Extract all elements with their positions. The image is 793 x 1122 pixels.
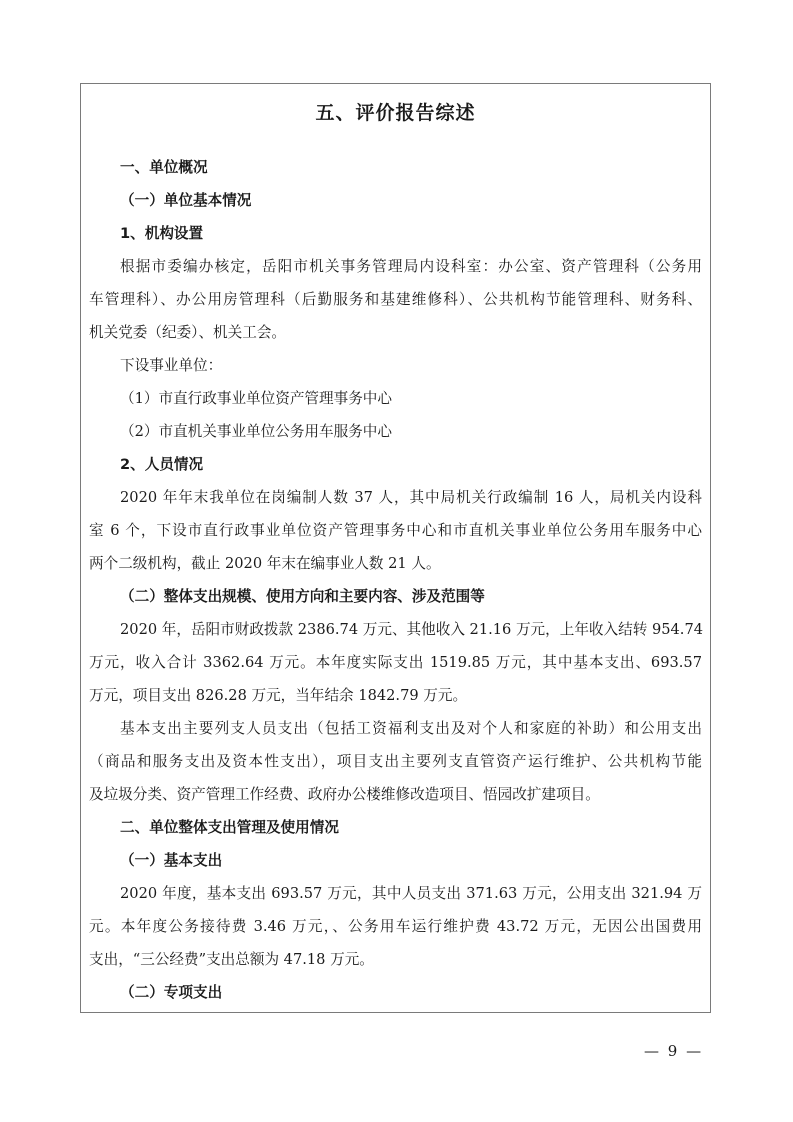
paragraph-line: 下设事业单位：: [120, 356, 702, 376]
paragraph-line: 及垃圾分类、资产管理工作经费、政府办公楼维修改造项目、悟园改扩建项目。: [89, 785, 702, 805]
report-frame: 五、评价报告综述 一、单位概况 （一）单位基本情况 1、机构设置 根据市委编办核…: [80, 83, 711, 1013]
paragraph-line: 车管理科）、办公用房管理科（后勤服务和基建维修科）、公共机构节能管理科、财务科、: [89, 290, 702, 310]
paragraph-line: 室 6 个，下设市直行政事业单位资产管理事务中心和市直机关事业单位公务用车服务中…: [89, 521, 702, 541]
paragraph-line: 基本支出主要列支人员支出（包括工资福利支出及对个人和家庭的补助）和公用支出: [120, 719, 702, 739]
heading-basic-spending: （一）基本支出: [120, 851, 702, 871]
paragraph-line: 万元，收入合计 3362.64 万元。本年度实际支出 1519.85 万元，其中…: [89, 653, 702, 673]
paragraph-line: 2020 年年末我单位在岗编制人数 37 人，其中局机关行政编制 16 人，局机…: [120, 488, 702, 508]
paragraph-line: 2020 年度，基本支出 693.57 万元，其中人员支出 371.63 万元，…: [120, 884, 702, 904]
heading-staff: 2、人员情况: [120, 455, 702, 475]
page-number: — 9 —: [644, 1042, 703, 1060]
heading-overall-spending: （二）整体支出规模、使用方向和主要内容、涉及范围等: [120, 587, 702, 607]
heading-org-setup: 1、机构设置: [120, 224, 702, 244]
paragraph-line: 两个二级机构，截止 2020 年末在编事业人数 21 人。: [89, 554, 702, 574]
heading-special-spending: （二）专项支出: [120, 983, 702, 1003]
paragraph-line: 机关党委（纪委）、机关工会。: [89, 323, 702, 343]
heading-unit-overview: 一、单位概况: [120, 158, 702, 178]
list-item: （1）市直行政事业单位资产管理事务中心: [120, 389, 702, 409]
paragraph-line: 万元，项目支出 826.28 万元，当年结余 1842.79 万元。: [89, 686, 702, 706]
paragraph-line: （商品和服务支出及资本性支出），项目支出主要列支直管资产运行维护、公共机构节能: [89, 752, 702, 772]
heading-spending-management: 二、单位整体支出管理及使用情况: [120, 818, 702, 838]
paragraph-line: 根据市委编办核定，岳阳市机关事务管理局内设科室：办公室、资产管理科（公务用: [120, 257, 702, 277]
section-title: 五、评价报告综述: [81, 98, 710, 125]
paragraph-line: 支出，“三公经费”支出总额为 47.18 万元。: [89, 950, 702, 970]
heading-basic-info: （一）单位基本情况: [120, 191, 702, 211]
list-item: （2）市直机关事业单位公务用车服务中心: [120, 422, 702, 442]
paragraph-line: 元。本年度公务接待费 3.46 万元，、公务用车运行维护费 43.72 万元，无…: [89, 917, 702, 937]
paragraph-line: 2020 年，岳阳市财政拨款 2386.74 万元、其他收入 21.16 万元，…: [120, 620, 702, 640]
